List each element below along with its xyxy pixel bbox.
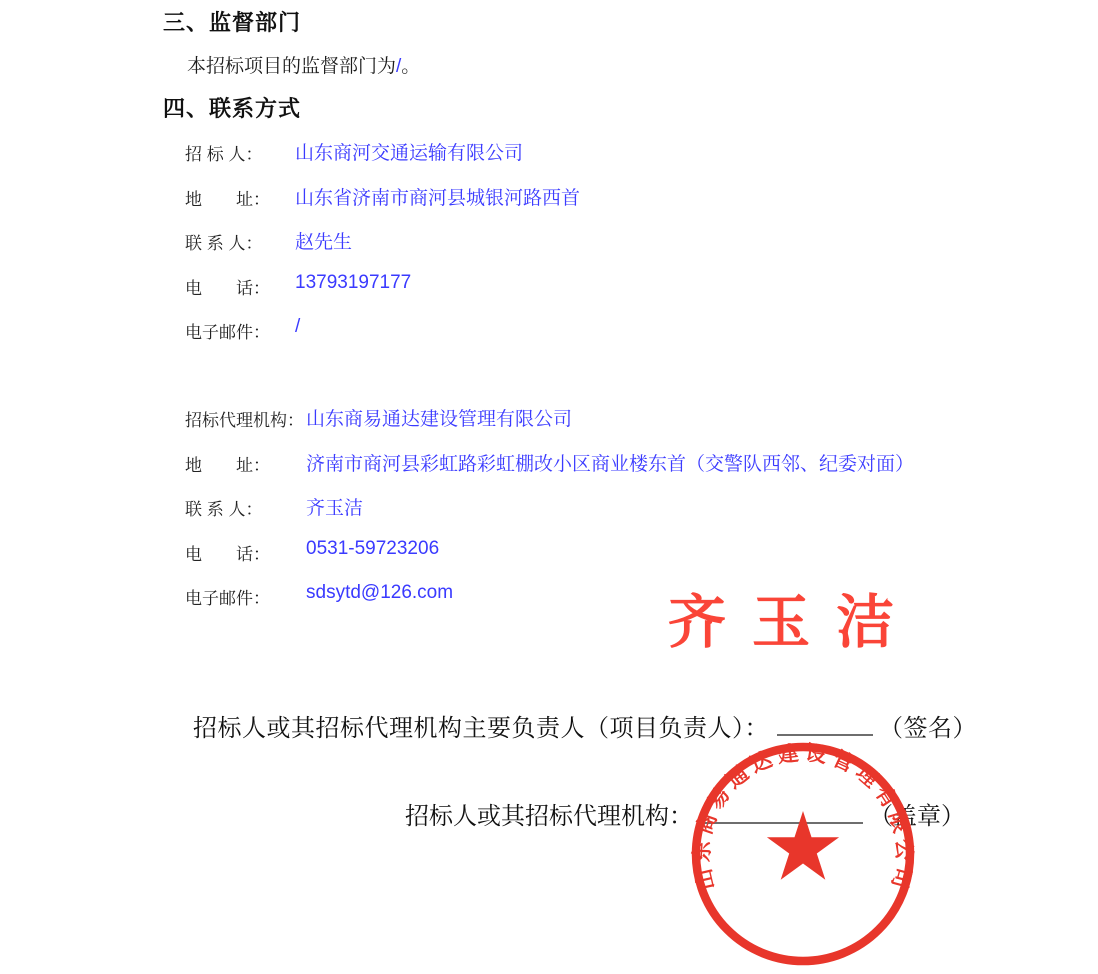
row-value: sdsytd@126.com	[306, 582, 453, 604]
row-label: 招 标 人：	[185, 138, 295, 165]
agency-name-row: 招标代理机构： 山东商易通达建设管理有限公司	[185, 404, 914, 449]
row-label: 电子邮件：	[185, 582, 306, 609]
tenderer-contact-person-row: 联 系 人： 赵先生	[185, 227, 580, 272]
tender-notice-page: 三、监督部门 本招标项目的监督部门为/。 四、联系方式 招 标 人： 山东商河交…	[0, 0, 1098, 974]
seal-star-icon	[767, 811, 839, 880]
tenderer-email-row: 电子邮件： /	[185, 316, 580, 361]
row-label: 电 话：	[185, 538, 306, 565]
company-seal: 山东商易通达建设管理有限公司	[683, 734, 923, 974]
row-value: 济南市商河县彩虹路彩虹棚改小区商业楼东首（交警队西邻、纪委对面）	[306, 449, 914, 476]
agency-phone-row: 电 话： 0531-59723206	[185, 538, 914, 583]
section-heading-contact: 四、联系方式	[163, 92, 301, 123]
tenderer-contact-block: 招 标 人： 山东商河交通运输有限公司 地 址： 山东省济南市商河县城银河路西首…	[185, 138, 580, 361]
red-name-signature-stamp: 齐玉洁	[668, 588, 920, 658]
supervision-text-prefix: 本招标项目的监督部门为	[187, 56, 396, 77]
stamp-line-text: 招标人或其招标代理机构：	[405, 804, 693, 830]
row-value: 齐玉洁	[306, 493, 363, 520]
tenderer-address-row: 地 址： 山东省济南市商河县城银河路西首	[185, 183, 580, 228]
row-label: 地 址：	[185, 449, 306, 476]
tenderer-name-row: 招 标 人： 山东商河交通运输有限公司	[185, 138, 580, 183]
row-value: 山东商河交通运输有限公司	[295, 138, 523, 165]
agency-address-row: 地 址： 济南市商河县彩虹路彩虹棚改小区商业楼东首（交警队西邻、纪委对面）	[185, 449, 914, 494]
row-value: 赵先生	[295, 227, 352, 254]
row-value: /	[295, 316, 300, 338]
row-value: 山东商易通达建设管理有限公司	[306, 404, 572, 431]
row-label: 电 话：	[185, 272, 295, 299]
row-value: 山东省济南市商河县城银河路西首	[295, 183, 580, 210]
row-value: 0531-59723206	[306, 538, 439, 560]
row-label: 招标代理机构：	[185, 404, 306, 431]
row-label: 联 系 人：	[185, 493, 306, 520]
row-label: 联 系 人：	[185, 227, 295, 254]
row-label: 电子邮件：	[185, 316, 295, 343]
signature-blank-underline	[777, 716, 873, 736]
row-label: 地 址：	[185, 183, 295, 210]
supervision-paragraph: 本招标项目的监督部门为/。	[187, 51, 420, 78]
agency-contact-person-row: 联 系 人： 齐玉洁	[185, 493, 914, 538]
section-heading-supervision: 三、监督部门	[163, 6, 301, 37]
row-value: 13793197177	[295, 272, 411, 294]
supervision-text-suffix: 。	[401, 56, 420, 77]
tenderer-phone-row: 电 话： 13793197177	[185, 272, 580, 317]
